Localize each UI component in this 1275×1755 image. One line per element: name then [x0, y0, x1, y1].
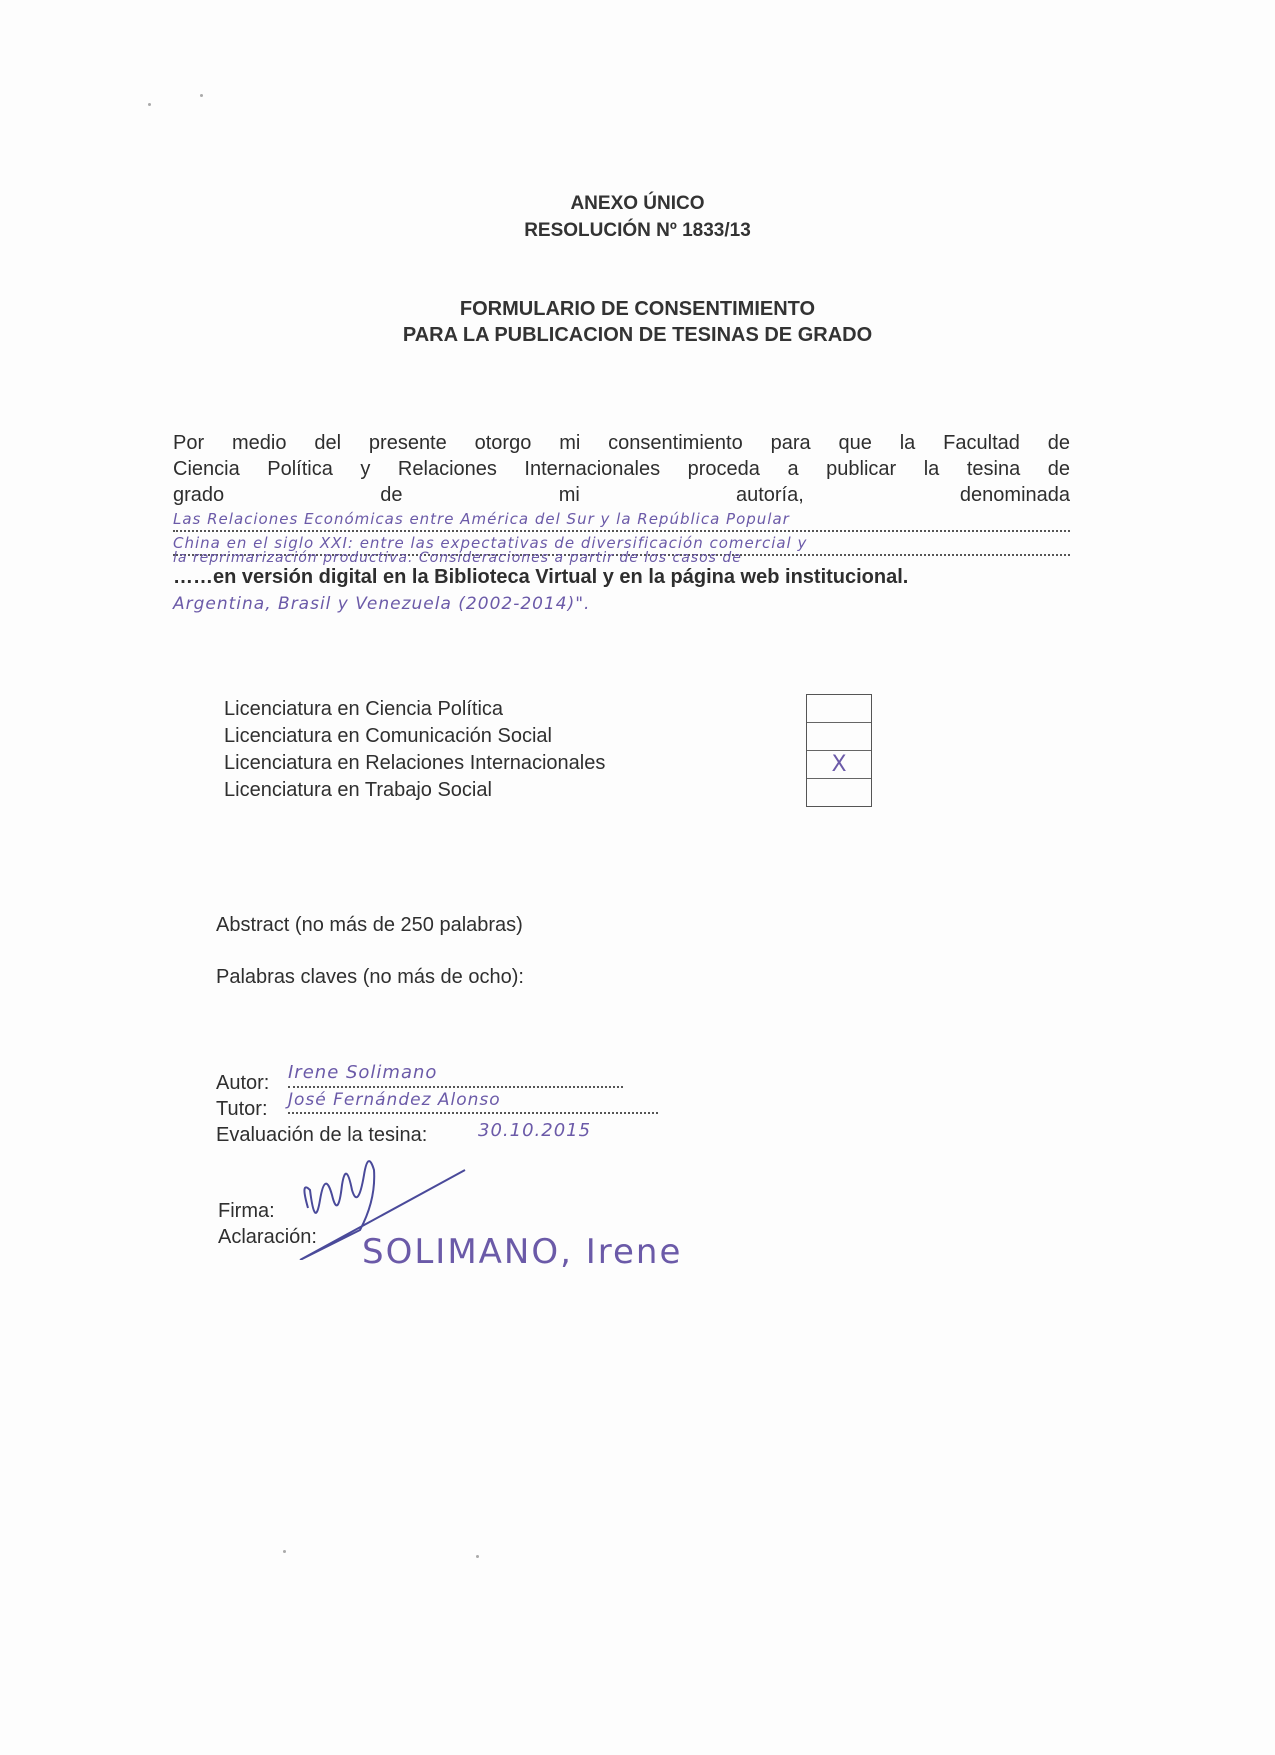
- resolution-number: RESOLUCIÓN Nº 1833/13: [0, 220, 1275, 242]
- clarification-label: Aclaración:: [218, 1226, 317, 1249]
- degree-comunicacion-social: Licenciatura en Comunicación Social: [224, 723, 552, 750]
- thesis-title-handwritten-4[interactable]: Argentina, Brasil y Venezuela (2002-2014…: [173, 594, 590, 614]
- checkbox-relaciones-internacionales[interactable]: X: [807, 751, 871, 779]
- form-title-line-2: PARA LA PUBLICACION DE TESINAS DE GRADO: [0, 324, 1275, 347]
- scan-speck: [283, 1550, 286, 1553]
- scan-speck: [200, 94, 203, 97]
- checkbox-comunicacion-social[interactable]: [807, 723, 871, 751]
- checkbox-trabajo-social[interactable]: [807, 779, 871, 806]
- checkbox-ciencia-politica[interactable]: [807, 695, 871, 723]
- tutor-field[interactable]: José Fernández Alonso: [288, 1090, 658, 1114]
- evaluation-date-field[interactable]: 30.10.2015: [478, 1120, 591, 1141]
- signature-label: Firma:: [218, 1200, 275, 1223]
- tutor-label: Tutor:: [216, 1098, 268, 1121]
- scan-speck: [476, 1555, 479, 1558]
- thesis-title-handwritten-1[interactable]: Las Relaciones Económicas entre América …: [173, 508, 1070, 532]
- abstract-label: Abstract (no más de 250 palabras): [216, 914, 523, 937]
- keywords-label: Palabras claves (no más de ocho):: [216, 966, 524, 989]
- degree-relaciones-internacionales: Licenciatura en Relaciones Internacional…: [224, 750, 605, 777]
- annex-title: ANEXO ÚNICO: [0, 193, 1275, 215]
- consent-line-1: Por medio del presente otorgo mi consent…: [173, 430, 1070, 456]
- author-label: Autor:: [216, 1072, 269, 1095]
- author-field[interactable]: Irene Solimano: [288, 1062, 623, 1088]
- form-title-line-1: FORMULARIO DE CONSENTIMIENTO: [0, 298, 1275, 321]
- consent-line-3: grado de mi autoría, denominada: [173, 482, 1070, 508]
- degree-ciencia-politica: Licenciatura en Ciencia Política: [224, 696, 503, 723]
- scan-speck: [148, 103, 151, 106]
- consent-line-end: ……en versión digital en la Biblioteca Vi…: [173, 564, 1070, 590]
- degree-checkbox-grid: X: [806, 694, 872, 807]
- degree-trabajo-social: Licenciatura en Trabajo Social: [224, 777, 492, 804]
- clarification-field[interactable]: SOLIMANO, Irene: [362, 1232, 682, 1272]
- consent-line-2: Ciencia Política y Relaciones Internacio…: [173, 456, 1070, 482]
